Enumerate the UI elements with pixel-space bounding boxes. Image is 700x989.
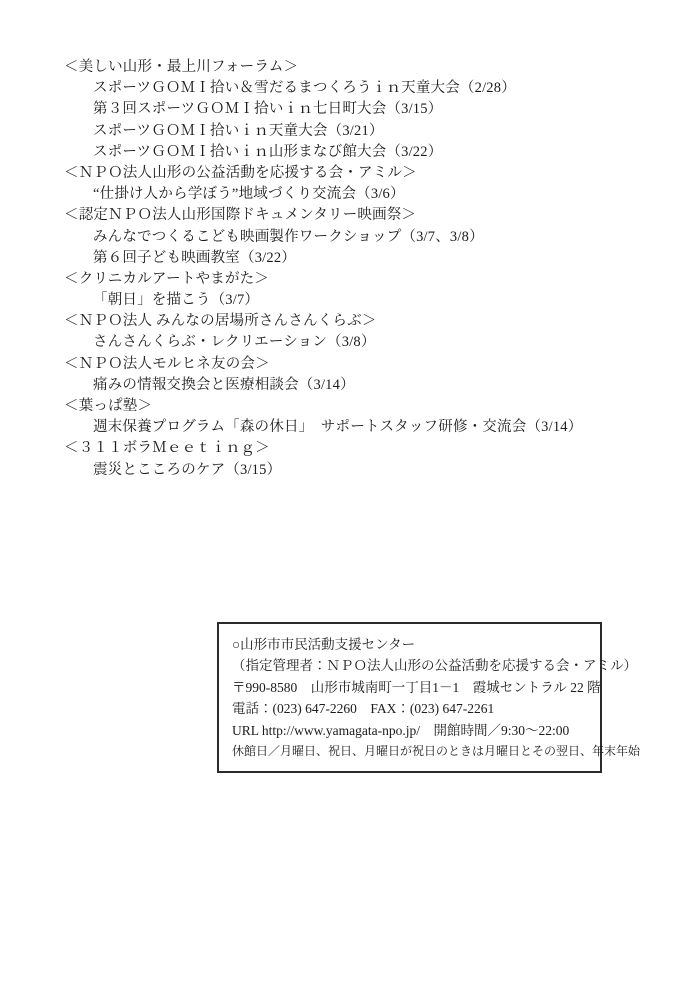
group-header: ＜認定ＮＰＯ法人山形国際ドキュメンタリー映画祭＞ — [0, 205, 700, 226]
document-page: ＜美しい山形・最上川フォーラム＞ スポーツＧＯＭＩ拾い＆雪だるまつくろうｉｎ天童… — [0, 0, 700, 989]
event-item: さんさんくらぶ・レクリエーション（3/8） — [0, 332, 700, 353]
info-box: ○山形市市民活動支援センター （指定管理者：ＮＰＯ法人山形の公益活動を応援する会… — [217, 622, 602, 773]
group-header: ＜葉っぱ塾＞ — [0, 396, 700, 417]
info-box-manager: （指定管理者：ＮＰＯ法人山形の公益活動を応援する会・アミル） — [232, 655, 592, 676]
group-header: ＜３１１ボラＭｅｅｔｉｎｇ＞ — [0, 438, 700, 459]
event-item: 「朝日」を描こう（3/7） — [0, 290, 700, 311]
event-item: スポーツＧＯＭＩ拾いｉｎ山形まなび館大会（3/22） — [0, 142, 700, 163]
group-header: ＜ＮＰＯ法人モルヒネ友の会＞ — [0, 354, 700, 375]
info-box-address: 〒990-8580 山形市城南町一丁目1－1 霞城セントラル 22 階 — [232, 677, 592, 698]
group-header: ＜クリニカルアートやまがた＞ — [0, 269, 700, 290]
group-header: ＜ＮＰＯ法人山形の公益活動を応援する会・アミル＞ — [0, 163, 700, 184]
event-item: 第６回子ども映画教室（3/22） — [0, 248, 700, 269]
event-item: スポーツＧＯＭＩ拾いｉｎ天童大会（3/21） — [0, 121, 700, 142]
info-box-url-hours: URL http://www.yamagata-npo.jp/ 開館時間／9:3… — [232, 720, 592, 741]
group-header: ＜美しい山形・最上川フォーラム＞ — [0, 57, 700, 78]
group-header: ＜ＮＰＯ法人 みんなの居場所さんさんくらぶ＞ — [0, 311, 700, 332]
event-item: “仕掛け人から学ぼう”地域づくり交流会（3/6） — [0, 184, 700, 205]
event-item: みんなでつくるこども映画製作ワークショップ（3/7、3/8） — [0, 227, 700, 248]
event-item: 痛みの情報交換会と医療相談会（3/14） — [0, 375, 700, 396]
event-list: ＜美しい山形・最上川フォーラム＞ スポーツＧＯＭＩ拾い＆雪だるまつくろうｉｎ天童… — [0, 57, 700, 481]
info-box-closed-days: 休館日／月曜日、祝日、月曜日が祝日のときは月曜日とその翌日、年末年始 — [232, 741, 592, 762]
event-item: スポーツＧＯＭＩ拾い＆雪だるまつくろうｉｎ天童大会（2/28） — [0, 78, 700, 99]
event-item: 第３回スポーツＧＯＭＩ拾いｉｎ七日町大会（3/15） — [0, 99, 700, 120]
event-item: 週末保養プログラム「森の休日」 サポートスタッフ研修・交流会（3/14） — [0, 417, 700, 438]
event-item: 震災とこころのケア（3/15） — [0, 460, 700, 481]
info-box-phone-fax: 電話：(023) 647-2260 FAX：(023) 647-2261 — [232, 698, 592, 719]
info-box-title: ○山形市市民活動支援センター — [232, 634, 592, 655]
